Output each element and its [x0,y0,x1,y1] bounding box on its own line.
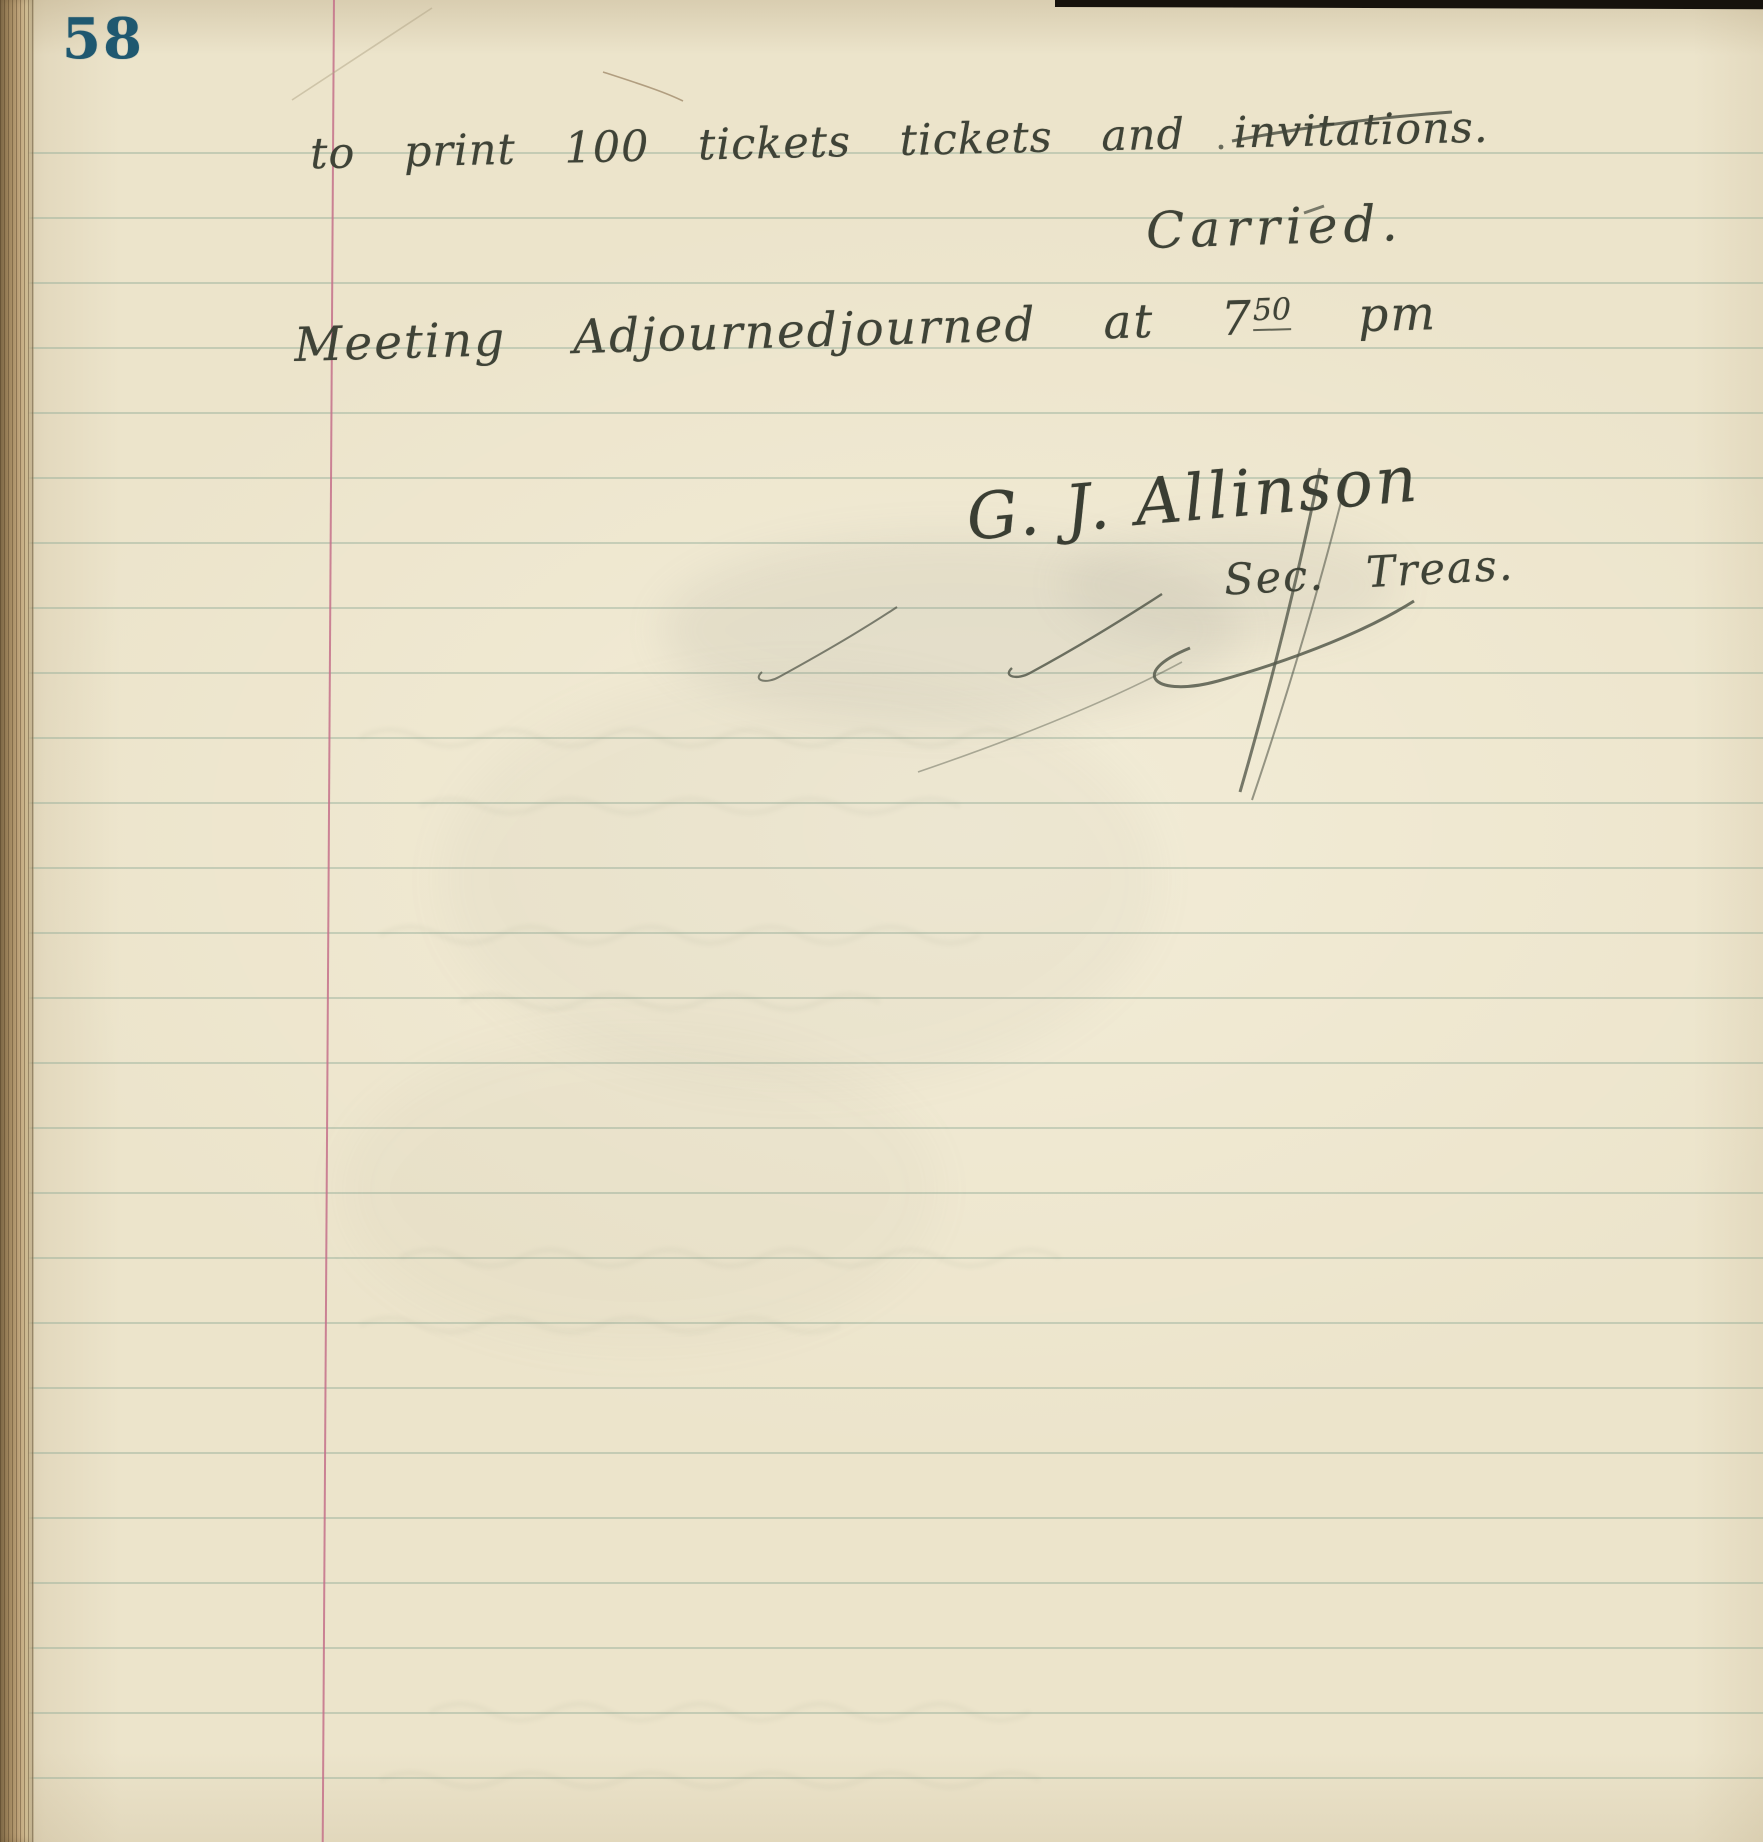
adjournment-time-superscript: 50 [1252,292,1291,331]
book-edge-strip [0,0,34,1842]
crease-mark [292,8,683,101]
handwritten-carried-note: Carried. [1145,194,1404,260]
ruled-lines [26,152,1763,1842]
adjournment-suffix: pm [1357,286,1437,343]
scan-background-top-edge [1055,0,1763,9]
page-number: 58 [62,6,144,72]
ledger-page-scan: 58 to print 100 tickets tickets and invi… [0,0,1763,1842]
